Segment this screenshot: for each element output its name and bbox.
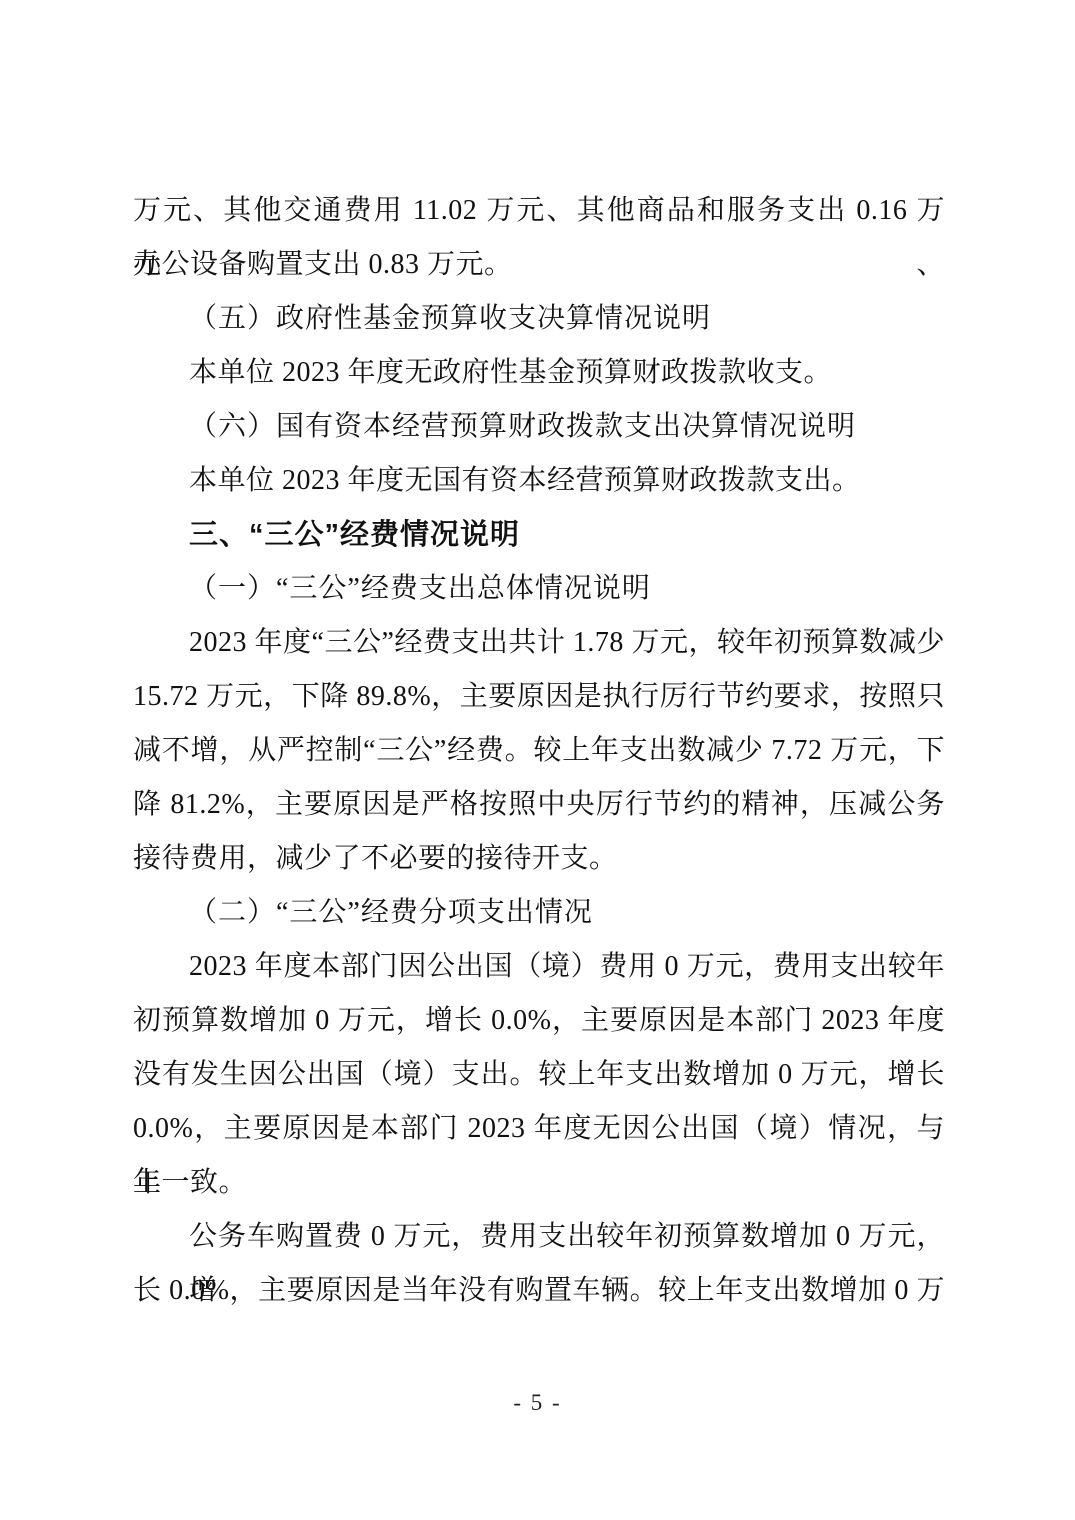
body-line-abroad-2: 初预算数增加 0 万元，增长 0.0%，主要原因是本部门 2023 年度 — [133, 994, 945, 1048]
body-line-no-state-capital-budget: 本单位 2023 年度无国有资本经营预算财政拨款支出。 — [133, 454, 945, 508]
document-page: 万元、其他交通费用 11.02 万元、其他商品和服务支出 0.16 万元、办公设… — [0, 0, 1075, 1520]
body-line-vehicle-2: 长 0.0%，主要原因是当年没有购置车辆。较上年支出数增加 0 万 — [133, 1264, 945, 1318]
body-line-no-gov-fund-budget: 本单位 2023 年度无政府性基金预算财政拨款收支。 — [133, 346, 945, 400]
body-line-total-2: 15.72 万元，下降 89.8%，主要原因是执行厉行节约要求，按照只 — [133, 670, 945, 724]
body-line-total-4: 降 81.2%，主要原因是严格按照中央厉行节约的精神，压减公务 — [133, 778, 945, 832]
body-line-abroad-1: 2023 年度本部门因公出国（境）费用 0 万元，费用支出较年 — [133, 940, 945, 994]
subsection-heading-5-gov-funds: （五）政府性基金预算收支决算情况说明 — [133, 292, 945, 346]
body-line-transport-fees: 万元、其他交通费用 11.02 万元、其他商品和服务支出 0.16 万元、 — [133, 184, 945, 238]
body-line-total-1: 2023 年度“三公”经费支出共计 1.78 万元，较年初预算数减少 — [133, 616, 945, 670]
page-number: - 5 - — [0, 1390, 1075, 1416]
body-line-abroad-3: 没有发生因公出国（境）支出。较上年支出数增加 0 万元，增长 — [133, 1048, 945, 1102]
body-line-abroad-5: 年一致。 — [133, 1156, 945, 1210]
section-heading-three-public-expenses: 三、“三公”经费情况说明 — [133, 508, 945, 562]
body-line-total-3: 减不增，从严控制“三公”经费。较上年支出数减少 7.72 万元，下 — [133, 724, 945, 778]
subsection-heading-6-state-capital: （六）国有资本经营预算财政拨款支出决算情况说明 — [133, 400, 945, 454]
document-body: 万元、其他交通费用 11.02 万元、其他商品和服务支出 0.16 万元、办公设… — [133, 184, 945, 1318]
body-line-vehicle-1: 公务车购置费 0 万元，费用支出较年初预算数增加 0 万元，增 — [133, 1210, 945, 1264]
body-line-abroad-4: 0.0%，主要原因是本部门 2023 年度无因公出国（境）情况，与上 — [133, 1102, 945, 1156]
subsection-heading-2-itemized: （二）“三公”经费分项支出情况 — [133, 886, 945, 940]
body-line-total-5: 接待费用，减少了不必要的接待开支。 — [133, 832, 945, 886]
subsection-heading-1-overall: （一）“三公”经费支出总体情况说明 — [133, 562, 945, 616]
